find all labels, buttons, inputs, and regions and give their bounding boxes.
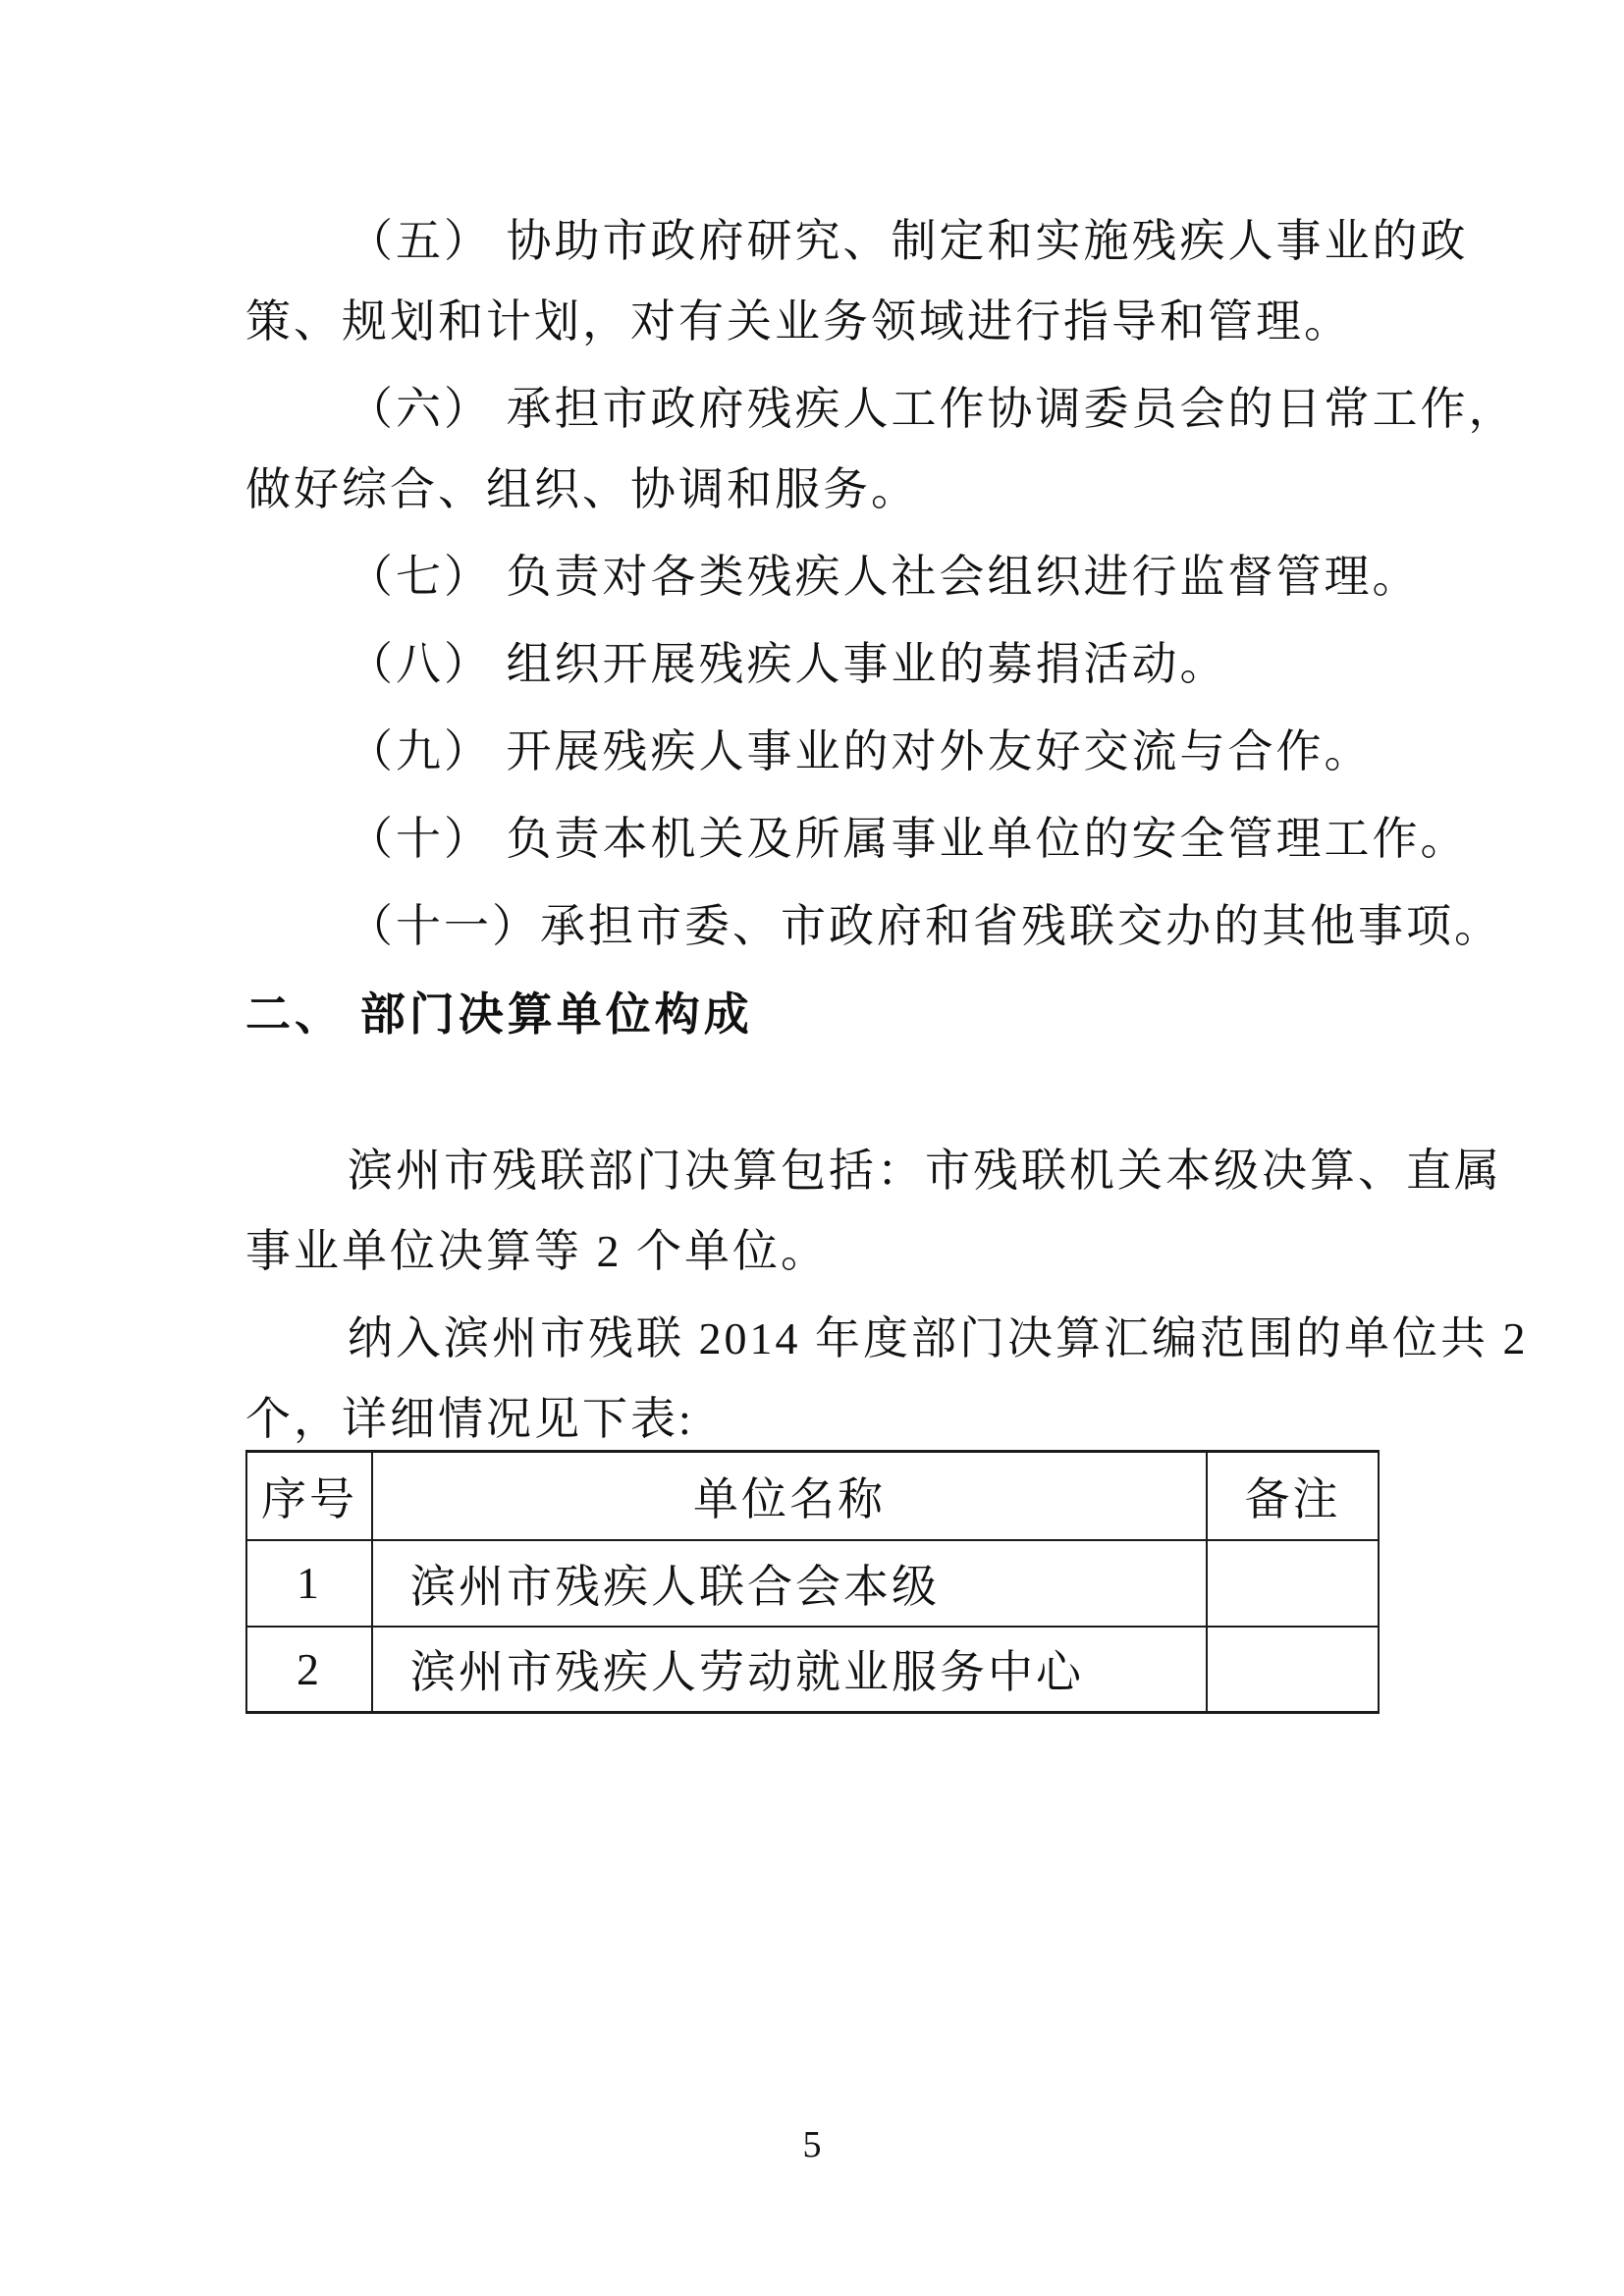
body-line: 事业单位决算等 2 个单位。 xyxy=(245,1211,1380,1292)
body-line: （五） 协助市政府研究、制定和实施残疾人事业的政 xyxy=(245,201,1380,282)
body-line: 策、规划和计划，对有关业务领域进行指导和管理。 xyxy=(245,282,1380,362)
page-content: （五） 协助市政府研究、制定和实施残疾人事业的政 策、规划和计划，对有关业务领域… xyxy=(245,201,1380,1714)
cell-serial: 1 xyxy=(246,1540,372,1627)
body-line: （九） 开展残疾人事业的对外友好交流与合作。 xyxy=(245,712,1380,792)
cell-serial: 2 xyxy=(246,1627,372,1713)
paragraph-item-11: （十一）承担市委、市政府和省残联交办的其他事项。 xyxy=(245,886,1380,967)
paragraph-item-5: （五） 协助市政府研究、制定和实施残疾人事业的政 策、规划和计划，对有关业务领域… xyxy=(245,201,1380,362)
paragraph-item-8: （八） 组织开展残疾人事业的募捐活动。 xyxy=(245,624,1380,705)
col-header-serial: 序号 xyxy=(246,1452,372,1540)
body-line: 做好综合、组织、协调和服务。 xyxy=(245,450,1380,530)
cell-note xyxy=(1207,1540,1379,1627)
table-row: 1 滨州市残疾人联合会本级 xyxy=(246,1540,1379,1627)
body-line: （八） 组织开展残疾人事业的募捐活动。 xyxy=(245,624,1380,705)
body-line: （十） 负责本机关及所属事业单位的安全管理工作。 xyxy=(245,799,1380,880)
paragraph-item-10: （十） 负责本机关及所属事业单位的安全管理工作。 xyxy=(245,799,1380,880)
document-page: （五） 协助市政府研究、制定和实施残疾人事业的政 策、规划和计划，对有关业务领域… xyxy=(0,0,1624,2296)
cell-unit-name: 滨州市残疾人联合会本级 xyxy=(372,1540,1207,1627)
paragraph-item-9: （九） 开展残疾人事业的对外友好交流与合作。 xyxy=(245,712,1380,792)
body-line: 纳入滨州市残联 2014 年度部门决算汇编范围的单位共 2 xyxy=(245,1299,1380,1379)
table-row: 2 滨州市残疾人劳动就业服务中心 xyxy=(246,1627,1379,1713)
body-line: 滨州市残联部门决算包括：市残联机关本级决算、直属 xyxy=(245,1131,1380,1211)
body-line: （十一）承担市委、市政府和省残联交办的其他事项。 xyxy=(245,886,1380,967)
body-line: 个，详细情况见下表: xyxy=(245,1379,1380,1460)
section-heading: 二、 部门决算单位构成 xyxy=(245,974,1380,1054)
paragraph-units-summary: 滨州市残联部门决算包括：市残联机关本级决算、直属 事业单位决算等 2 个单位。 xyxy=(245,1131,1380,1292)
paragraph-item-7: （七） 负责对各类残疾人社会组织进行监督管理。 xyxy=(245,537,1380,617)
cell-note xyxy=(1207,1627,1379,1713)
body-line: （六） 承担市政府残疾人工作协调委员会的日常工作， xyxy=(245,369,1380,450)
table-header-row: 序号 单位名称 备注 xyxy=(246,1452,1379,1540)
paragraph-item-6: （六） 承担市政府残疾人工作协调委员会的日常工作， 做好综合、组织、协调和服务。 xyxy=(245,369,1380,530)
paragraph-table-intro: 纳入滨州市残联 2014 年度部门决算汇编范围的单位共 2 个，详细情况见下表: xyxy=(245,1299,1380,1460)
cell-unit-name: 滨州市残疾人劳动就业服务中心 xyxy=(372,1627,1207,1713)
col-header-unit-name: 单位名称 xyxy=(372,1452,1207,1540)
col-header-note: 备注 xyxy=(1207,1452,1379,1540)
units-table: 序号 单位名称 备注 1 滨州市残疾人联合会本级 2 滨州市残疾人劳动就业服务中… xyxy=(245,1450,1380,1714)
page-number: 5 xyxy=(0,2123,1624,2166)
body-line: （七） 负责对各类残疾人社会组织进行监督管理。 xyxy=(245,537,1380,617)
